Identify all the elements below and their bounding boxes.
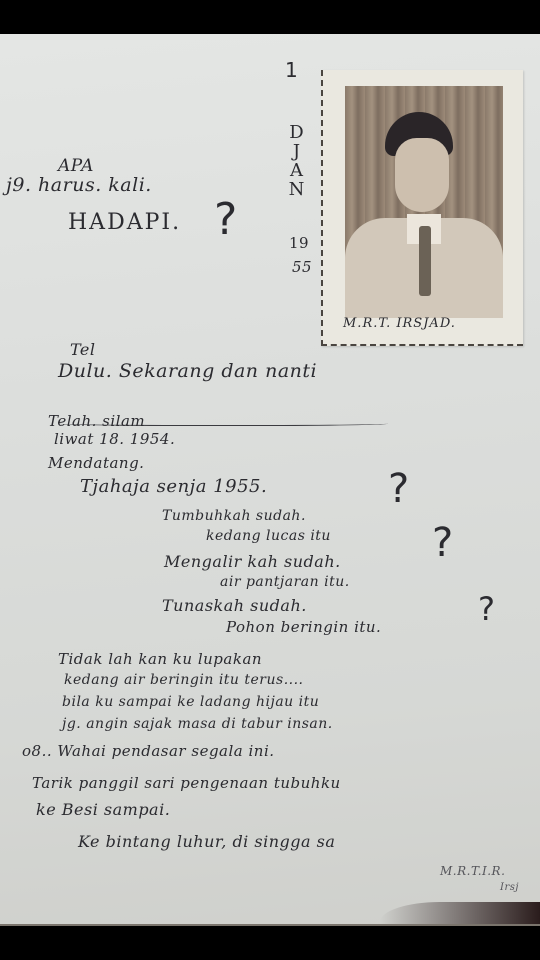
date-year-1: 19 [289,234,309,252]
poem-line: air pantjaran itu. [220,574,350,590]
poem-line: Pohon beringin itu. [226,618,381,636]
poem-prefix: Tel [70,340,96,359]
page-corner-shadow [380,902,540,924]
photo-caption: M.R.T. IRSJAD. [343,316,456,331]
poem-line: jg. angin sajak masa di tabur insan. [62,716,333,732]
photo-tie [419,226,431,296]
poem-line: Telah. silam [48,412,145,430]
date-month: DJAN [286,122,307,198]
photo-mount [321,70,523,346]
poem-question-mark: ? [388,466,409,512]
signature-name: Irsj [500,882,519,893]
header-note-hadapi: HADAPI. [68,210,181,235]
poem-line: liwat 18. 1954. [54,430,175,448]
poem-line: kedang air beringin itu terus.... [64,672,304,688]
date-month-text: DJAN [286,122,307,198]
poem-line: bila ku sampai ke ladang hijau itu [62,694,319,710]
poem-title: Dulu. Sekarang dan nanti [58,360,317,382]
date-day: 1 [285,58,298,82]
header-note-apa: APA [58,156,94,176]
poem-question-mark: ? [478,590,495,628]
notebook-page: APA j9. harus. kali. HADAPI. ? 1 DJAN 19… [0,34,540,926]
header-question-mark: ? [214,194,237,245]
poem-line: Tarik panggil sari pengenaan tubuhku [32,774,341,792]
poem-line: Ke bintang luhur, di singga sa [78,832,335,851]
poem-question-mark: ? [432,520,453,566]
poem-line: kedang lucas itu [206,528,331,544]
signature-initials: M.R.T.I.R. [440,864,505,878]
photo-face [395,138,449,212]
poem-line: Tumbuhkah sudah. [162,508,306,524]
poem-line: Tjahaja senja 1955. [80,476,267,497]
date-year-2: 55 [292,258,312,276]
poem-line: ke Besi sampai. [36,800,170,819]
poem-line: Tidak lah kan ku lupakan [58,650,262,668]
poem-line: Mendatang. [48,454,144,472]
header-note-line2: j9. harus. kali. [6,174,152,196]
poem-line: Mengalir kah sudah. [164,552,341,571]
poem-line: Tunaskah sudah. [162,596,307,615]
portrait-photo [345,86,503,318]
poem-line: o8.. Wahai pendasar segala ini. [22,742,275,760]
